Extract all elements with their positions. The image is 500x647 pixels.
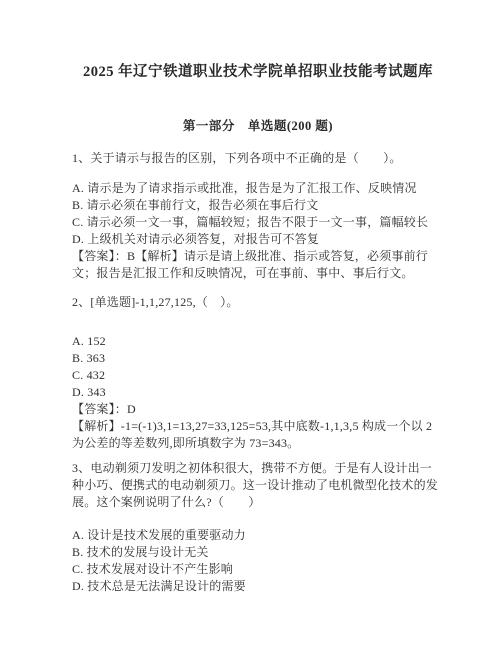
question-3-option-b: B. 技术的发展与设计无关 [72,544,444,561]
question-3-option-d: D. 技术总是无法满足设计的需要 [72,578,444,595]
section-heading: 第一部分 单选题(200 题) [72,118,444,135]
question-1-option-a: A. 请示是为了请求指示或批准，报告是为了汇报工作、反映情况 [72,180,444,197]
question-1-option-c: C. 请示必须一文一事，篇幅较短；报告不限于一文一事，篇幅较长 [72,214,444,231]
question-3-stem: 3、电动剃须刀发明之初体积很大，携带不方便。于是有人设计出一种小巧、便携式的电动… [72,460,444,511]
question-3-option-c: C. 技术发展对设计不产生影响 [72,561,444,578]
question-3-option-a: A. 设计是技术发展的重要驱动力 [72,527,444,544]
question-2: 2、[单选题]-1,1,27,125,（ ）。 A. 152 B. 363 C.… [72,294,444,452]
document-title: 2025 年辽宁铁道职业技术学院单招职业技能考试题库 [72,63,444,81]
question-2-answer: 【答案】：D [72,401,444,418]
question-2-explanation: 【解析】-1=(-1)3,1=13,27=33,125=53,其中底数-1,1,… [72,418,444,452]
question-2-option-a: A. 152 [72,333,444,350]
question-1-option-d: D. 上级机关对请示必须答复，对报告可不答复 [72,231,444,248]
question-3-options: A. 设计是技术发展的重要驱动力 B. 技术的发展与设计无关 C. 技术发展对设… [72,527,444,595]
question-3: 3、电动剃须刀发明之初体积很大，携带不方便。于是有人设计出一种小巧、便携式的电动… [72,460,444,595]
question-1-options: A. 请示是为了请求指示或批准，报告是为了汇报工作、反映情况 B. 请示必须在事… [72,180,444,248]
question-1: 1、关于请示与报告的区别，下列各项中不正确的是（ ）。 A. 请示是为了请求指示… [72,150,444,282]
question-1-option-b: B. 请示必须在事前行文，报告必须在事后行文 [72,197,444,214]
question-1-answer-explanation: 【答案】：B【解析】请示是请上级批准、指示或答复，必须事前行文；报告是汇报工作和… [72,248,444,282]
question-2-option-b: B. 363 [72,350,444,367]
question-2-options: A. 152 B. 363 C. 432 D. 343 [72,333,444,401]
question-2-option-d: D. 343 [72,384,444,401]
question-2-option-c: C. 432 [72,367,444,384]
exam-document-page: 2025 年辽宁铁道职业技术学院单招职业技能考试题库 第一部分 单选题(200 … [0,0,500,647]
question-1-stem: 1、关于请示与报告的区别，下列各项中不正确的是（ ）。 [72,150,444,167]
question-2-stem: 2、[单选题]-1,1,27,125,（ ）。 [72,294,444,311]
